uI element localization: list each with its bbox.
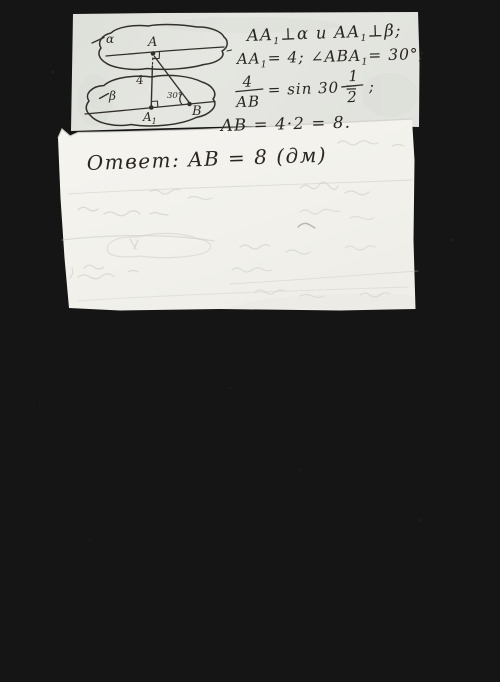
scene-svg: A α 4 β 30° A1 B AA1⊥α и AA1⊥β; AA1= 4; … <box>0 0 500 682</box>
label-plane-alpha: α <box>106 32 114 46</box>
label-plane-beta: β <box>108 89 116 103</box>
solution-line-3-middle: = sin 30 = <box>268 78 359 99</box>
fraction-2-numerator: 1 <box>348 67 359 85</box>
fraction-2-denominator: 2 <box>346 88 358 106</box>
solution-line-3-semicolon: ; <box>367 77 375 95</box>
fraction-1-numerator: 4 <box>241 73 253 91</box>
point-A-dot <box>151 51 156 56</box>
label-angle-30: 30° <box>167 91 182 101</box>
label-height-4: 4 <box>134 73 144 88</box>
fraction-1-denominator: AB <box>234 92 260 111</box>
label-point-A: A <box>147 35 157 50</box>
solution-line-4: AB = 4·2 = 8. <box>219 113 352 135</box>
label-point-B: B <box>191 104 202 119</box>
photo-frame: A α 4 β 30° A1 B AA1⊥α и AA1⊥β; AA1= 4; … <box>0 0 500 682</box>
